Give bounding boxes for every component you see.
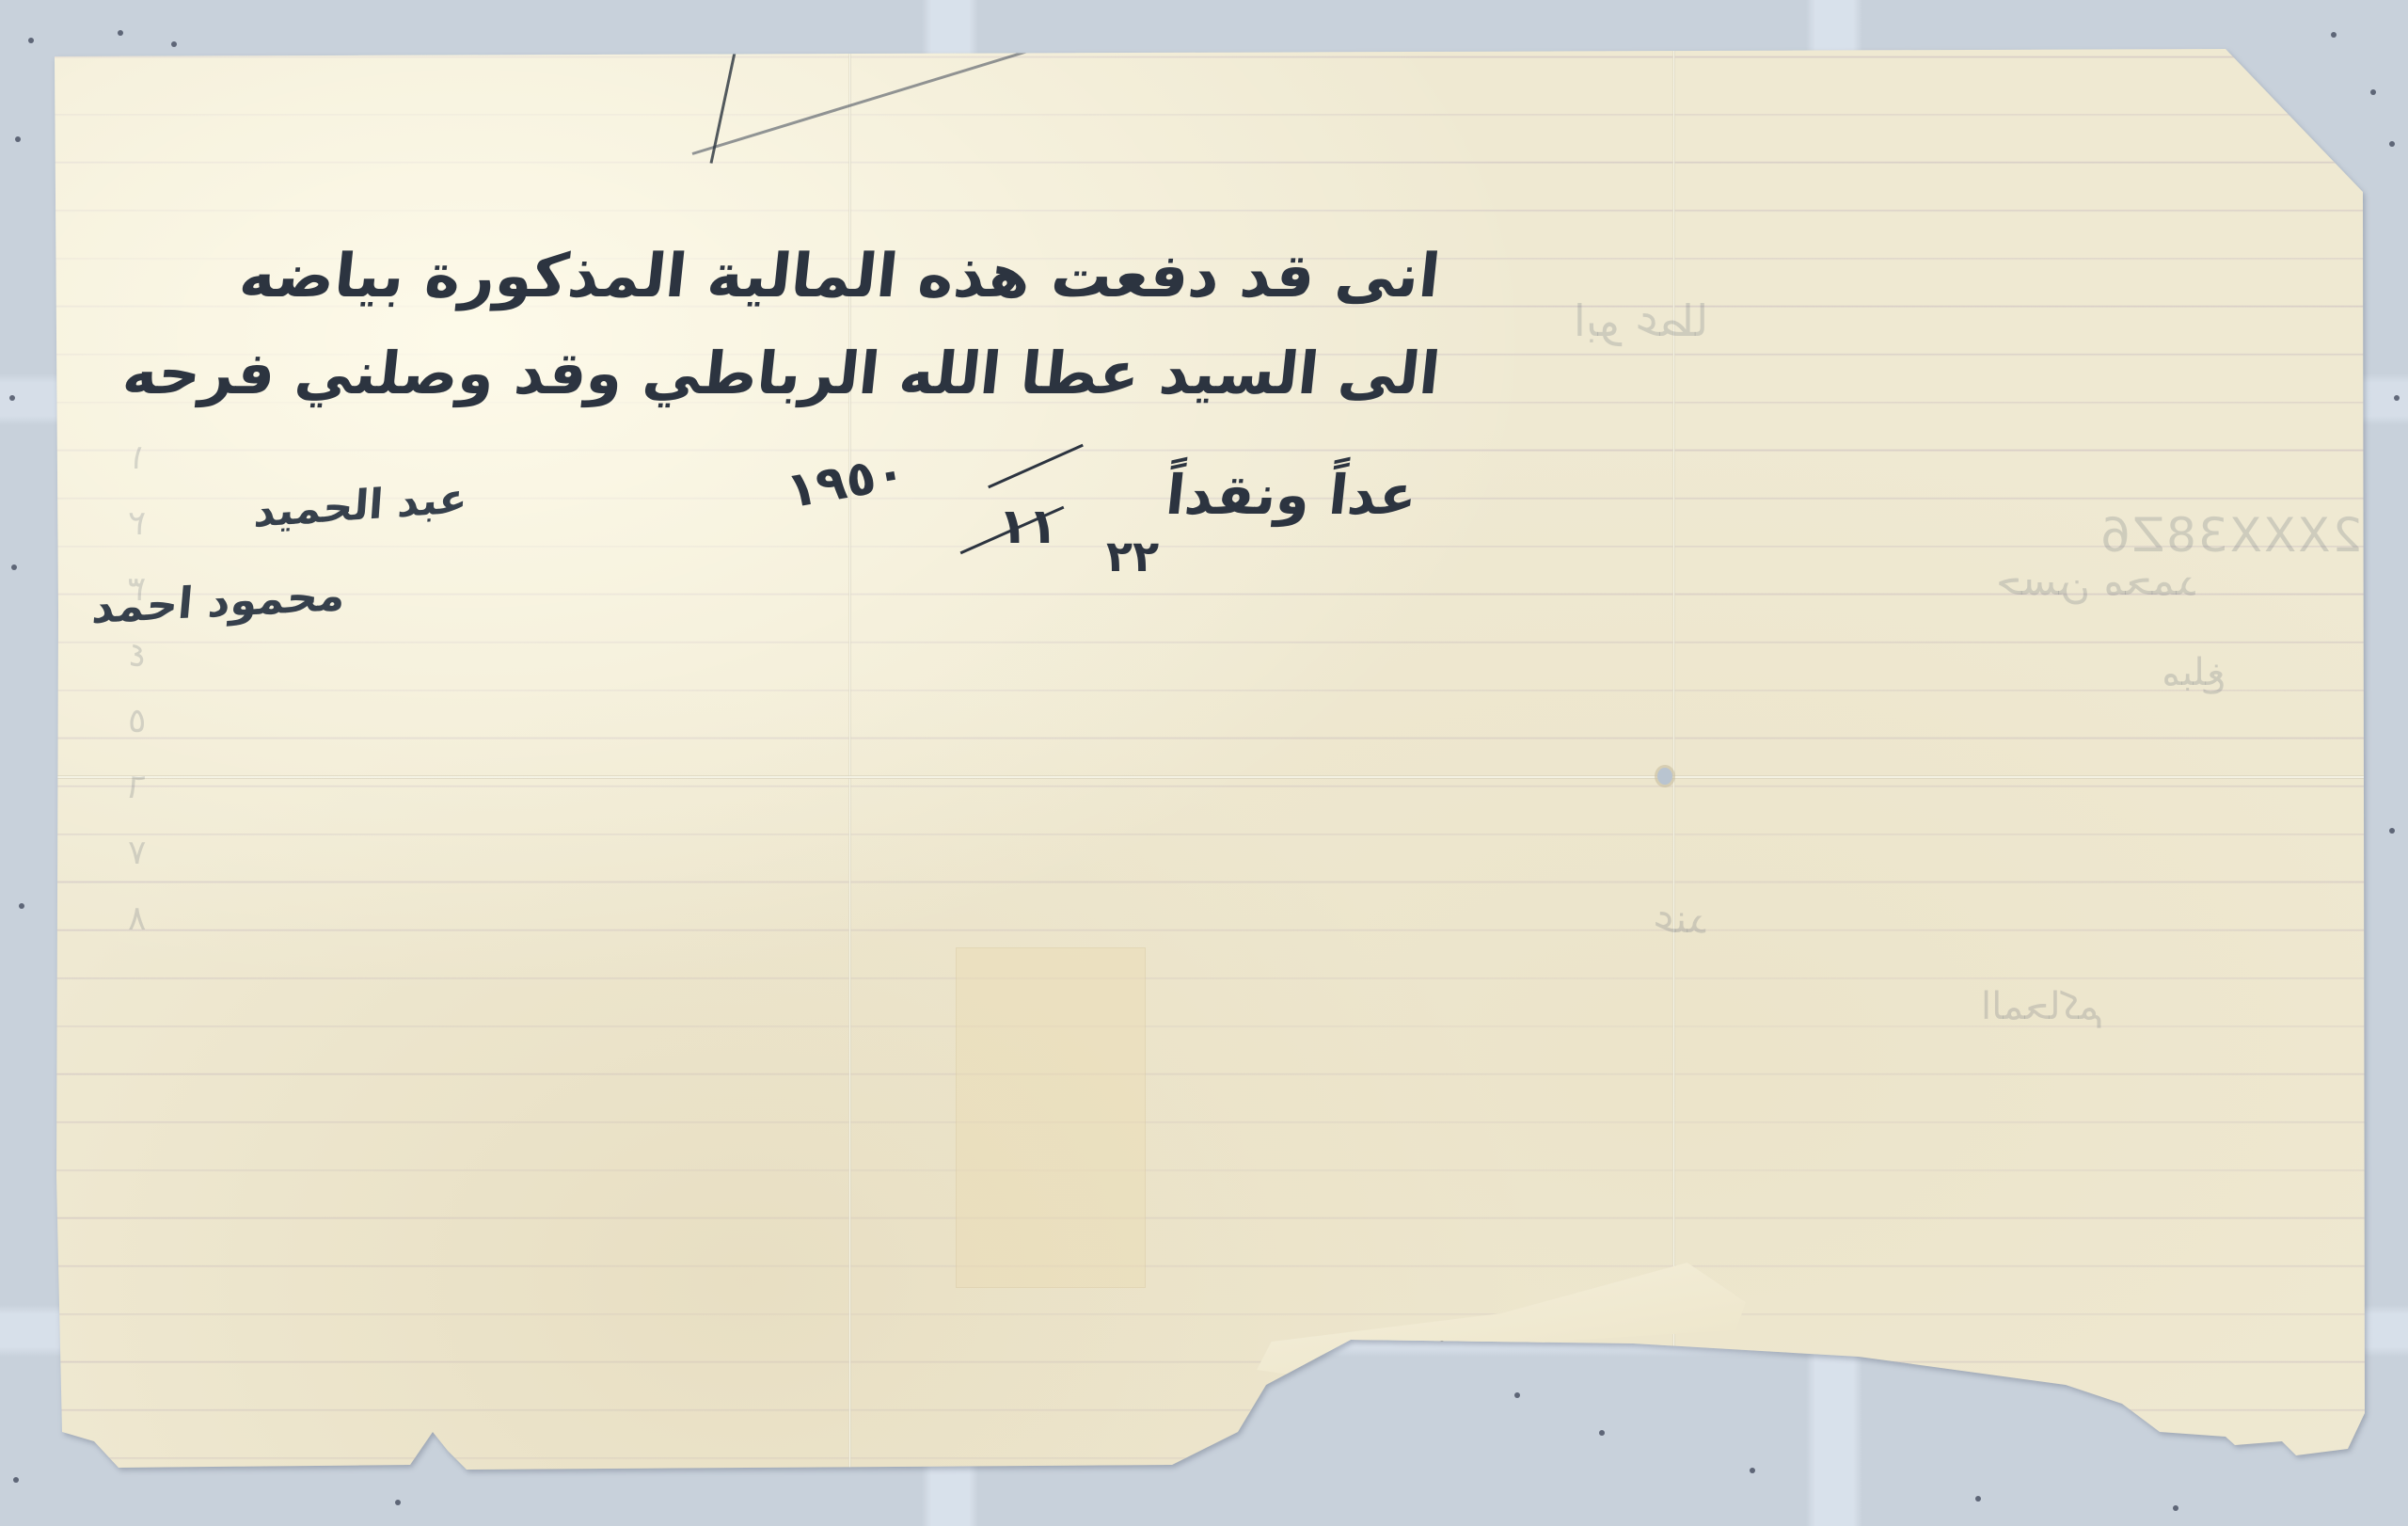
bleed-through-margin-column: ١ ٢ ٣ ٤ ٥ ٦ ٧ ٨ bbox=[128, 425, 146, 952]
bleed-through-text: المحاكم bbox=[1981, 985, 2103, 1028]
dust-speck bbox=[2370, 89, 2376, 95]
bleed-through-text: ابو عطا bbox=[1574, 295, 1708, 346]
bleed-through-text: حسن محمد bbox=[1996, 557, 2197, 605]
dust-speck bbox=[118, 30, 123, 36]
dust-speck bbox=[28, 38, 34, 43]
dust-speck bbox=[2389, 141, 2395, 147]
dust-speck bbox=[19, 903, 24, 909]
handwritten-line-1: انى قد دفعت هذه المالية المذكورة بياضه bbox=[237, 242, 1444, 311]
dust-speck bbox=[9, 395, 15, 401]
dust-speck bbox=[171, 41, 177, 47]
date-year: ١٩٥٠ bbox=[783, 443, 910, 519]
removed-stamp-mark bbox=[956, 947, 1146, 1288]
dust-speck bbox=[395, 1500, 401, 1505]
handwritten-line-3: عداً ونقداً bbox=[1163, 463, 1419, 527]
date-separator bbox=[988, 444, 1084, 488]
fold-line-horizontal bbox=[53, 775, 2367, 779]
bleed-through-number: 2XXX38Z6 bbox=[2099, 508, 2362, 563]
dust-speck bbox=[2173, 1505, 2178, 1511]
dust-speck bbox=[15, 136, 21, 142]
pen-stroke bbox=[710, 53, 737, 164]
bleed-through-text: مبلغ bbox=[2162, 651, 2226, 694]
paper: 2XXX38Z6 ابو عطا حسن محمد مبلغ عند المحا… bbox=[53, 49, 2367, 1498]
bleed-through-text: عند bbox=[1652, 896, 1708, 942]
date-month: ١١ bbox=[998, 499, 1057, 555]
dust-speck bbox=[2394, 395, 2400, 401]
document-sheet: 2XXX38Z6 ابو عطا حسن محمد مبلغ عند المحا… bbox=[53, 49, 2367, 1498]
handwritten-line-2: الى السيد عطا الله الرباطي وقد وصلني فرح… bbox=[120, 339, 1444, 407]
dust-speck bbox=[2389, 828, 2395, 834]
fold-hole bbox=[1657, 768, 1672, 785]
dust-speck bbox=[2331, 32, 2337, 38]
date-day: ٢٢ bbox=[1106, 531, 1159, 581]
dust-speck bbox=[11, 564, 17, 570]
dust-speck bbox=[13, 1477, 19, 1483]
folded-torn-flap bbox=[1257, 1263, 1746, 1375]
signature-1: عبد الحميد bbox=[252, 474, 468, 537]
